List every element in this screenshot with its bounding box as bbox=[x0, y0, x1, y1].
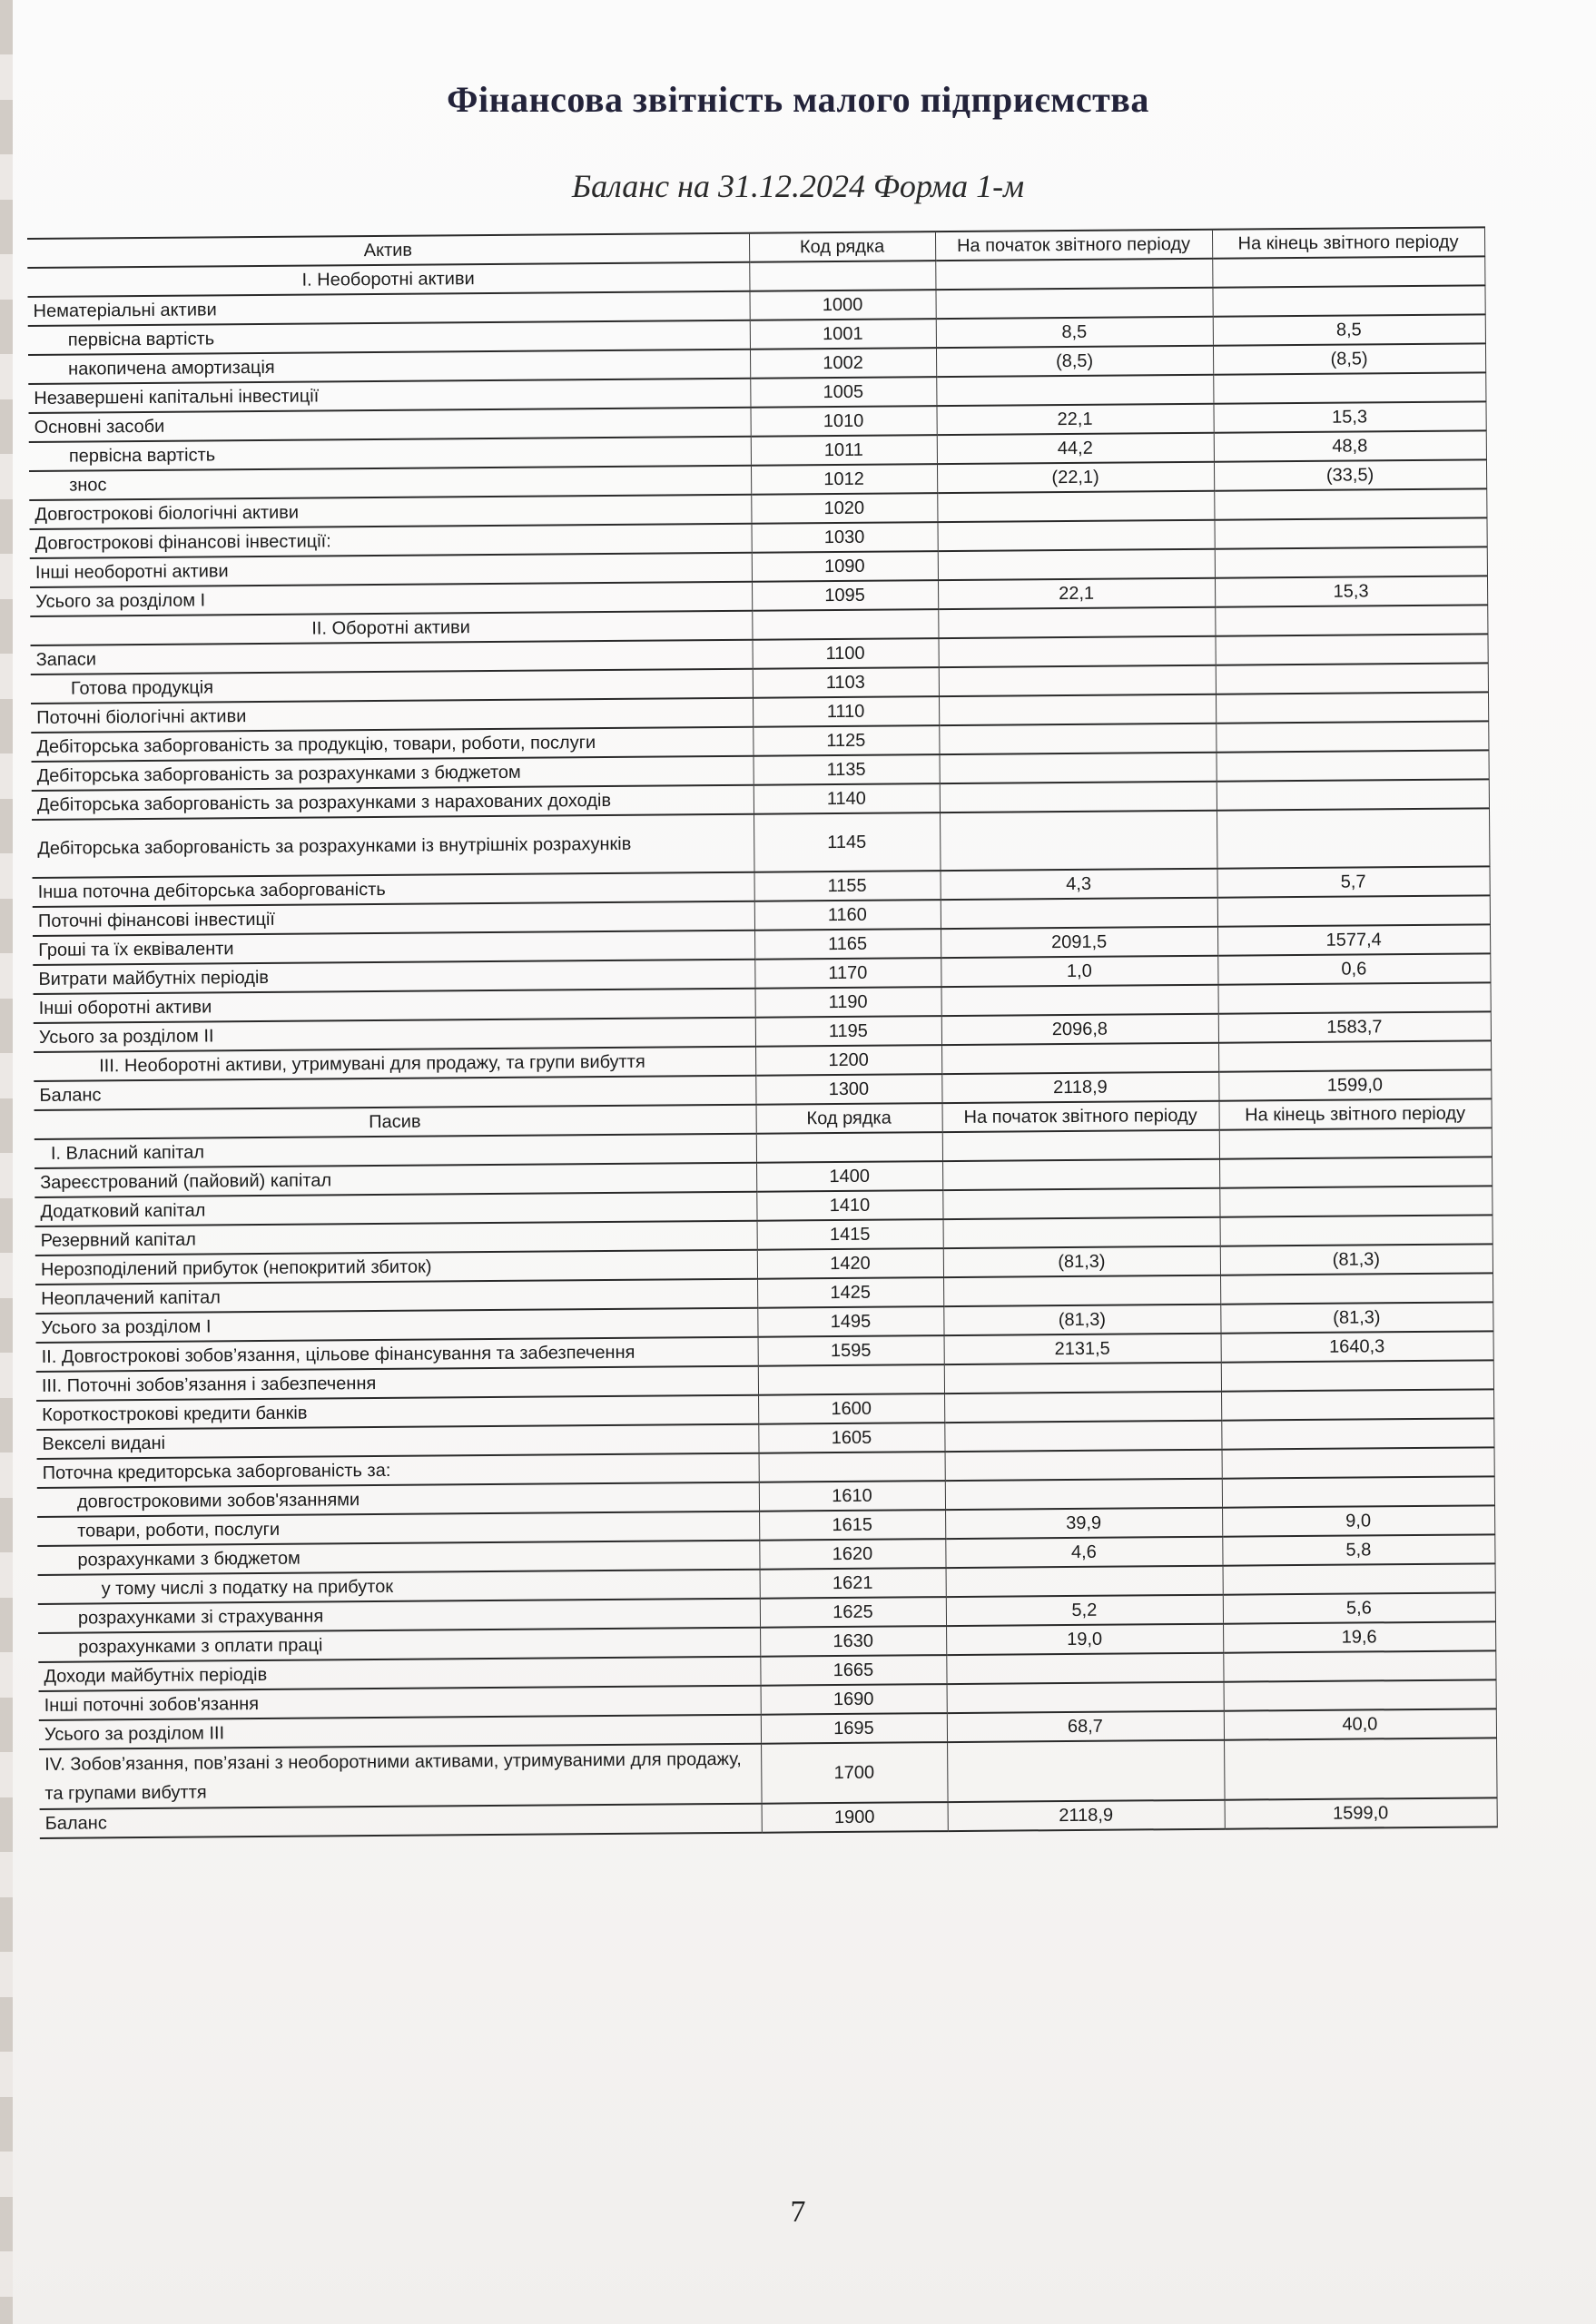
assets-section: І. Необоротні активиНематеріальні активи… bbox=[27, 256, 1491, 1110]
value-end: 1577,4 bbox=[1217, 924, 1490, 955]
value-begin: 4,6 bbox=[945, 1537, 1222, 1568]
value-begin: 68,7 bbox=[947, 1711, 1224, 1742]
value-begin: 1,0 bbox=[941, 956, 1217, 987]
value-begin bbox=[937, 520, 1214, 551]
row-label: Дебіторська заборгованість за розрахунка… bbox=[32, 814, 754, 878]
value-end bbox=[1216, 692, 1488, 723]
row-code: 1160 bbox=[754, 900, 941, 931]
row-code: 1030 bbox=[751, 522, 937, 553]
value-begin: 2131,5 bbox=[944, 1334, 1221, 1364]
value-end: 1599,0 bbox=[1225, 1797, 1497, 1828]
value-end bbox=[1213, 372, 1485, 403]
value-begin bbox=[946, 1653, 1223, 1684]
end-period-column-header: На кінець звітного періоду bbox=[1219, 1098, 1492, 1129]
value-end bbox=[1221, 1418, 1493, 1449]
value-begin bbox=[942, 1130, 1219, 1161]
row-code: 1110 bbox=[753, 696, 939, 727]
value-end bbox=[1222, 1476, 1494, 1507]
row-code: 1140 bbox=[754, 783, 940, 814]
code-column-header: Код рядка bbox=[756, 1103, 942, 1134]
value-end: 48,8 bbox=[1214, 430, 1486, 461]
row-code: 1170 bbox=[754, 958, 941, 989]
row-code: 1690 bbox=[761, 1684, 947, 1715]
value-end: 1599,0 bbox=[1218, 1069, 1491, 1100]
row-code: 1630 bbox=[760, 1626, 946, 1657]
document-subtitle: Баланс на 31.12.2024 Форма 1-м bbox=[0, 167, 1596, 205]
value-begin bbox=[939, 665, 1216, 696]
value-end bbox=[1214, 517, 1486, 548]
value-begin bbox=[945, 1450, 1222, 1481]
value-end: 1583,7 bbox=[1218, 1011, 1491, 1042]
row-code bbox=[752, 609, 938, 640]
row-code: 1095 bbox=[752, 580, 938, 611]
row-code: 1135 bbox=[754, 754, 940, 785]
value-begin bbox=[943, 1275, 1220, 1306]
value-end bbox=[1218, 1040, 1491, 1071]
value-begin: 39,9 bbox=[945, 1508, 1222, 1539]
value-begin bbox=[938, 549, 1215, 580]
value-begin: 5,2 bbox=[946, 1595, 1223, 1626]
value-end bbox=[1222, 1447, 1494, 1478]
value-end bbox=[1217, 779, 1489, 810]
value-begin bbox=[938, 636, 1215, 667]
row-code: 1165 bbox=[754, 929, 941, 960]
row-code: 1600 bbox=[758, 1393, 944, 1424]
value-end: 15,3 bbox=[1215, 576, 1487, 606]
row-code: 1190 bbox=[755, 987, 941, 1018]
value-end bbox=[1214, 488, 1486, 519]
row-code: 1415 bbox=[757, 1219, 943, 1250]
row-code: 1420 bbox=[757, 1248, 943, 1279]
value-begin bbox=[941, 898, 1217, 929]
value-end bbox=[1219, 1128, 1492, 1158]
value-begin: 2096,8 bbox=[941, 1014, 1218, 1045]
value-end bbox=[1217, 895, 1490, 926]
row-code: 1200 bbox=[755, 1045, 941, 1076]
value-end bbox=[1215, 634, 1487, 665]
value-end: 40,0 bbox=[1224, 1709, 1496, 1739]
balance-sheet-table: Актив Код рядка На початок звітного пері… bbox=[27, 226, 1497, 1839]
row-code: 1001 bbox=[750, 319, 936, 350]
value-end bbox=[1216, 663, 1488, 694]
value-begin bbox=[940, 753, 1217, 783]
value-end: 15,3 bbox=[1213, 401, 1485, 432]
value-begin: 19,0 bbox=[946, 1624, 1223, 1655]
value-end bbox=[1215, 547, 1487, 577]
table-row: IV. Зобов’язання, пов’язані з необоротни… bbox=[39, 1738, 1496, 1809]
value-begin bbox=[942, 1159, 1219, 1190]
value-begin bbox=[937, 491, 1214, 522]
row-code: 1400 bbox=[756, 1161, 942, 1192]
value-begin bbox=[947, 1740, 1225, 1802]
row-code: 1425 bbox=[757, 1277, 943, 1308]
value-end bbox=[1212, 256, 1484, 287]
row-code: 1090 bbox=[752, 551, 938, 582]
row-code: 1145 bbox=[754, 812, 940, 872]
value-end: 5,7 bbox=[1217, 866, 1489, 897]
row-code: 1010 bbox=[750, 406, 936, 437]
row-code: 1103 bbox=[753, 667, 939, 698]
value-end: (81,3) bbox=[1220, 1244, 1493, 1275]
value-end bbox=[1223, 1563, 1495, 1594]
value-end: 5,6 bbox=[1223, 1592, 1495, 1623]
row-code: 1020 bbox=[751, 493, 937, 524]
value-end bbox=[1216, 721, 1488, 752]
value-end bbox=[1224, 1738, 1497, 1799]
row-code: 1625 bbox=[760, 1597, 946, 1628]
row-code: 1125 bbox=[753, 725, 939, 756]
value-begin: (8,5) bbox=[936, 346, 1213, 377]
value-begin: 2118,9 bbox=[941, 1072, 1218, 1103]
row-code: 1620 bbox=[759, 1539, 945, 1570]
value-end: 8,5 bbox=[1213, 314, 1485, 345]
row-code bbox=[758, 1364, 944, 1395]
row-code: 1605 bbox=[758, 1423, 944, 1453]
value-begin: 44,2 bbox=[937, 433, 1214, 464]
row-code: 1011 bbox=[751, 435, 937, 466]
row-code: 1002 bbox=[750, 348, 936, 379]
value-end: 5,8 bbox=[1222, 1534, 1494, 1565]
value-begin: 4,3 bbox=[941, 869, 1217, 900]
value-end: (8,5) bbox=[1213, 343, 1485, 374]
value-begin bbox=[944, 1363, 1221, 1393]
row-code bbox=[756, 1132, 942, 1163]
row-code: 1012 bbox=[751, 464, 937, 495]
value-begin bbox=[944, 1392, 1221, 1423]
value-end bbox=[1220, 1215, 1493, 1246]
row-code: 1595 bbox=[758, 1335, 944, 1366]
row-code: 1615 bbox=[759, 1510, 945, 1541]
row-code: 1665 bbox=[760, 1655, 946, 1686]
row-code: 1621 bbox=[760, 1568, 946, 1599]
row-label: IV. Зобов’язання, пов’язані з необоротни… bbox=[39, 1744, 761, 1809]
value-begin bbox=[940, 811, 1217, 871]
document-title: Фінансова звітність малого підприємства bbox=[0, 78, 1596, 121]
page-number: 7 bbox=[0, 2195, 1596, 2230]
row-code: 1610 bbox=[759, 1481, 945, 1512]
value-begin bbox=[946, 1566, 1223, 1597]
value-end bbox=[1215, 605, 1487, 635]
value-begin bbox=[939, 724, 1216, 754]
value-begin bbox=[938, 607, 1215, 638]
value-end bbox=[1220, 1273, 1493, 1304]
value-begin bbox=[941, 1043, 1218, 1074]
value-begin: 2118,9 bbox=[948, 1800, 1225, 1831]
value-begin bbox=[935, 288, 1212, 319]
code-column-header: Код рядка bbox=[749, 231, 935, 262]
row-code: 1495 bbox=[757, 1306, 943, 1337]
value-end bbox=[1221, 1360, 1493, 1391]
row-code: 1155 bbox=[754, 871, 941, 901]
value-end bbox=[1221, 1389, 1493, 1420]
value-begin bbox=[942, 1188, 1219, 1219]
value-end: 0,6 bbox=[1217, 953, 1490, 984]
value-end bbox=[1212, 285, 1484, 316]
row-code bbox=[749, 261, 935, 291]
value-end bbox=[1224, 1679, 1496, 1710]
row-code: 1695 bbox=[761, 1713, 947, 1744]
value-begin bbox=[943, 1217, 1220, 1248]
begin-period-column-header: На початок звітного періоду bbox=[942, 1101, 1219, 1132]
value-begin bbox=[941, 985, 1218, 1016]
row-code: 1000 bbox=[749, 290, 935, 320]
value-begin: 8,5 bbox=[936, 317, 1213, 348]
value-end: 1640,3 bbox=[1221, 1331, 1493, 1362]
value-begin bbox=[935, 259, 1212, 290]
value-end bbox=[1219, 1157, 1492, 1187]
value-end bbox=[1217, 808, 1489, 868]
value-end bbox=[1218, 982, 1491, 1013]
value-end: (81,3) bbox=[1220, 1302, 1493, 1333]
row-code: 1300 bbox=[755, 1074, 941, 1105]
value-end bbox=[1216, 750, 1488, 781]
row-code: 1900 bbox=[762, 1802, 948, 1833]
value-end bbox=[1223, 1650, 1495, 1681]
row-code: 1195 bbox=[755, 1016, 941, 1047]
row-code: 1410 bbox=[756, 1190, 942, 1221]
value-begin: (81,3) bbox=[943, 1246, 1220, 1277]
row-code: 1700 bbox=[761, 1742, 948, 1804]
value-begin: 22,1 bbox=[938, 578, 1215, 609]
row-code: 1005 bbox=[750, 377, 936, 408]
begin-period-column-header: На початок звітного періоду bbox=[935, 230, 1212, 261]
value-begin bbox=[940, 782, 1217, 812]
value-begin bbox=[936, 375, 1213, 406]
value-end: (33,5) bbox=[1214, 459, 1486, 490]
value-end: 9,0 bbox=[1222, 1505, 1494, 1536]
value-end bbox=[1219, 1186, 1492, 1216]
row-label: Баланс bbox=[40, 1804, 762, 1838]
end-period-column-header: На кінець звітного періоду bbox=[1212, 227, 1484, 258]
liabilities-section: І. Власний капіталЗареєстрований (пайови… bbox=[34, 1128, 1497, 1838]
value-begin bbox=[945, 1479, 1222, 1510]
value-end: 19,6 bbox=[1223, 1621, 1495, 1652]
value-begin bbox=[947, 1682, 1224, 1713]
value-begin bbox=[944, 1421, 1221, 1452]
value-begin: (81,3) bbox=[943, 1305, 1220, 1335]
value-begin: (22,1) bbox=[937, 462, 1214, 493]
value-begin bbox=[939, 694, 1216, 725]
row-code bbox=[759, 1452, 945, 1482]
value-begin: 22,1 bbox=[936, 404, 1213, 435]
row-code: 1100 bbox=[753, 638, 939, 669]
spiral-binding-edge bbox=[0, 0, 13, 2324]
value-begin: 2091,5 bbox=[941, 927, 1217, 958]
